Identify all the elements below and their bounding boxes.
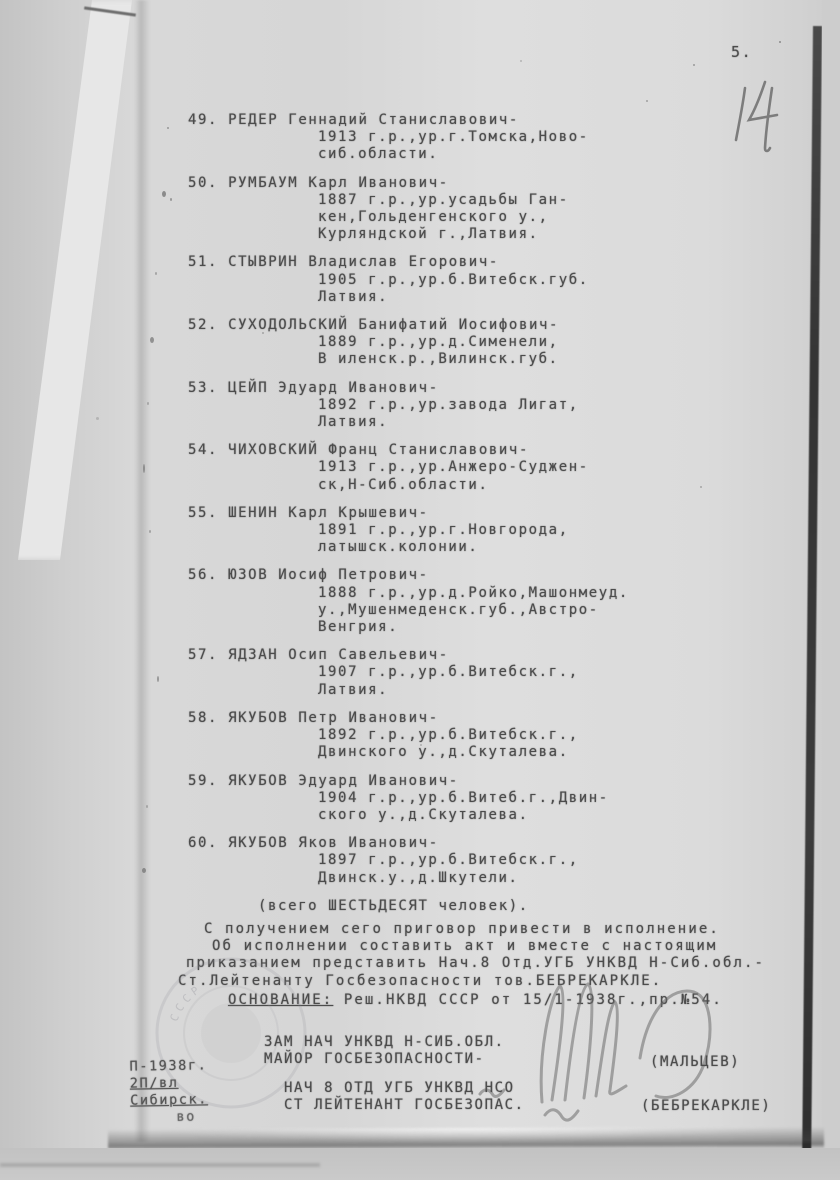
entry-name-line: 52. СУХОДОЛЬСКИЙ Банифатий Иосифович- <box>188 317 808 334</box>
entry-detail-line: 1891 г.р.,ур.г.Новгорода, <box>188 522 808 539</box>
list-entry: 54. ЧИХОВСКИЙ Франц Станиславович-1913 г… <box>188 442 808 494</box>
entry-detail-line: 1913 г.р.,ур.г.Томска,Ново- <box>188 129 808 146</box>
entry-name-line: 50. РУМБАУМ Карл Иванович- <box>188 175 808 192</box>
scanned-page: 5. 49. РЕДЕР Геннадий Станиславович-1913… <box>0 0 840 1180</box>
entry-name-line: 56. ЮЗОВ Иосиф Петрович- <box>188 567 808 584</box>
entry-detail-line: латышск.колонии. <box>188 539 808 556</box>
list-entry: 60. ЯКУБОВ Яков Иванович-1897 г.р.,ур.б.… <box>188 835 808 887</box>
entry-name-line: 59. ЯКУБОВ Эдуард Иванович- <box>188 773 808 790</box>
signature-name: (БЕБРЕКАРКЛЕ) <box>641 1098 771 1115</box>
entry-name-line: 53. ЦЕЙП Эдуард Иванович- <box>188 380 808 397</box>
entry-detail-line: 1887 г.р.,ур.усадьбы Ган- <box>188 192 808 209</box>
signature-role-line: МАЙОР ГОСБЕЗОПАСНОСТИ- <box>264 1051 485 1068</box>
list-entry: 51. СТЫВРИН Владислав Егорович-1905 г.р.… <box>188 254 808 306</box>
entry-detail-line: 1888 г.р.,ур.д.Ройко,Машонмеуд. <box>188 585 808 602</box>
entry-name-line: 54. ЧИХОВСКИЙ Франц Станиславович- <box>188 442 808 459</box>
entry-detail-line: Двинского у.,д.Скуталева. <box>188 744 808 761</box>
entry-detail-line: Латвия. <box>188 289 808 306</box>
entry-name-line: 57. ЯДЗАН Осип Савельевич- <box>188 647 808 664</box>
scanner-margin <box>822 0 840 1180</box>
entry-detail-line: у.,Мушенмеденск.губ.,Австро- <box>188 602 808 619</box>
signature-role-line: СТ ЛЕЙТЕНАНТ ГОСБЕЗОПАС. <box>284 1097 525 1114</box>
entry-detail-line: В иленск.р.,Вилинск.губ. <box>188 351 808 368</box>
entry-detail-line: Латвия. <box>188 682 808 699</box>
list-entry: 50. РУМБАУМ Карл Иванович-1887 г.р.,ур.у… <box>188 175 808 244</box>
vertical-fold-shadow <box>134 0 150 1142</box>
entry-detail-line: 1913 г.р.,ур.Анжеро-Суджен- <box>188 459 808 476</box>
list-entry: 53. ЦЕЙП Эдуард Иванович-1892 г.р.,ур.за… <box>188 380 808 432</box>
entry-detail-line: сиб.области. <box>188 146 808 163</box>
entry-name-line: 51. СТЫВРИН Владислав Егорович- <box>188 254 808 271</box>
total-count-line: (всего ШЕСТЬДЕСЯТ человек). <box>258 898 808 915</box>
entry-detail-line: 1897 г.р.,ур.б.Витебск.г., <box>188 852 808 869</box>
list-entry: 49. РЕДЕР Геннадий Станиславович-1913 г.… <box>188 112 808 164</box>
entry-name-line: 55. ШЕНИН Карл Крышевич- <box>188 505 808 522</box>
margin-note: П-1938г. <box>129 1057 207 1075</box>
entry-detail-line: 1892 г.р.,ур.б.Витебск.г., <box>188 727 808 744</box>
list-entry: 56. ЮЗОВ Иосиф Петрович-1888 г.р.,ур.д.Р… <box>188 567 808 636</box>
entry-detail-line: Венгрия. <box>188 619 808 636</box>
list-entry: 52. СУХОДОЛЬСКИЙ Банифатий Иосифович-188… <box>188 317 808 369</box>
list-entry: 59. ЯКУБОВ Эдуард Иванович-1904 г.р.,ур.… <box>188 773 808 825</box>
list-entry: 58. ЯКУБОВ Петр Иванович-1892 г.р.,ур.б.… <box>188 710 808 762</box>
list-entry: 57. ЯДЗАН Осип Савельевич-1907 г.р.,ур.б… <box>188 647 808 699</box>
order-line: С получением сего приговор привести в ис… <box>204 921 808 938</box>
margin-note: Сибирск. <box>130 1091 208 1109</box>
typed-page-number: 5. <box>731 44 752 61</box>
entry-detail-line: 1904 г.р.,ур.б.Витеб.г.,Двин- <box>188 790 808 807</box>
entries: 49. РЕДЕР Геннадий Станиславович-1913 г.… <box>188 112 808 1009</box>
entry-detail-line: 1889 г.р.,ур.д.Сименели, <box>188 334 808 351</box>
signature-role-line: ЗАМ НАЧ УНКВД Н-СИБ.ОБЛ. <box>264 1034 505 1051</box>
entry-name-line: 49. РЕДЕР Геннадий Станиславович- <box>188 112 808 129</box>
margin-note: во <box>176 1108 208 1126</box>
signature-name: (МАЛЬЦЕВ) <box>650 1054 740 1071</box>
entry-detail-line: 1892 г.р.,ур.завода Лигат, <box>188 397 808 414</box>
signature-role-line: НАЧ 8 ОТД УГБ УНКВД НСО <box>284 1080 515 1097</box>
list-entry: 55. ШЕНИН Карл Крышевич-1891 г.р.,ур.г.Н… <box>188 505 808 557</box>
scanner-streak <box>0 1163 320 1167</box>
entry-detail-line: ского у.,д.Скуталева. <box>188 807 808 824</box>
entry-name-line: 58. ЯКУБОВ Петр Иванович- <box>188 710 808 727</box>
entry-detail-line: ск,Н-Сиб.области. <box>188 477 808 494</box>
entry-detail-line: кен,Гольденгенского у., <box>188 209 808 226</box>
entry-detail-line: Курляндской г.,Латвия. <box>188 226 808 243</box>
entry-name-line: 60. ЯКУБОВ Яков Иванович- <box>188 835 808 852</box>
entry-detail-line: 1907 г.р.,ур.б.Витебск.г., <box>188 664 808 681</box>
entry-detail-line: 1905 г.р.,ур.б.Витебск.губ. <box>188 272 808 289</box>
margin-note: 2П/вл <box>130 1074 208 1092</box>
entry-detail-line: Двинск.у.,д.Шкутели. <box>188 870 808 887</box>
entry-detail-line: Латвия. <box>188 414 808 431</box>
margin-notes: П-1938г. 2П/вл Сибирск. во <box>129 1057 208 1126</box>
